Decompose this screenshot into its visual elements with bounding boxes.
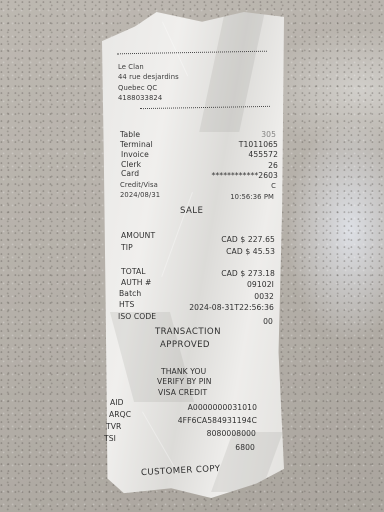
message-visa-credit: VISA CREDIT xyxy=(158,389,207,397)
arqc-value: 4FF6CA584931194C xyxy=(178,417,257,425)
field-value-clerk: 26 xyxy=(268,162,278,170)
iso-code-label: ISO CODE xyxy=(118,313,156,321)
batch-label: Batch xyxy=(119,290,141,298)
field-label-table: Table xyxy=(120,131,140,139)
tip-label: TIP xyxy=(121,244,133,252)
tsi-label: TSI xyxy=(104,435,116,443)
transaction-date: 2024/08/31 xyxy=(120,192,160,199)
hts-label: HTS xyxy=(119,301,134,309)
field-value-terminal: T1011065 xyxy=(239,141,278,149)
status-line-1: TRANSACTION xyxy=(155,328,221,337)
tvr-value: 8080008000 xyxy=(207,430,256,438)
amount-label: AMOUNT xyxy=(121,232,155,240)
field-label-card: Card xyxy=(121,170,139,178)
batch-value: 0032 xyxy=(254,293,274,301)
auth-label: AUTH # xyxy=(121,279,151,287)
aid-label: AID xyxy=(110,399,124,407)
field-value-invoice: 455572 xyxy=(248,151,278,159)
tvr-label: TVR xyxy=(106,423,121,431)
hts-value: 2024-08-31T22:56:36 xyxy=(189,304,274,312)
merchant-address-line2: Quebec QC xyxy=(118,85,157,92)
field-label-clerk: Clerk xyxy=(121,161,141,169)
transaction-time: 10:56:36 PM xyxy=(230,194,274,201)
status-line-2: APPROVED xyxy=(160,341,210,350)
field-value-table: 305 xyxy=(261,131,276,139)
auth-value: 09102I xyxy=(247,281,274,289)
tsi-value: 6800 xyxy=(235,444,255,452)
field-label-invoice: Invoice xyxy=(121,151,149,159)
field-value-card: ************2603 xyxy=(212,172,279,180)
field-label-terminal: Terminal xyxy=(120,141,153,149)
merchant-name: Le Clan xyxy=(118,64,144,71)
crease-line xyxy=(162,22,188,77)
total-value: CAD $ 273.18 xyxy=(221,270,275,278)
arqc-label: ARQC xyxy=(109,411,131,419)
crease-shadow xyxy=(211,432,283,492)
amount-value: CAD $ 227.65 xyxy=(221,236,275,244)
total-label: TOTAL xyxy=(121,268,146,276)
aid-value: A0000000031010 xyxy=(188,404,257,412)
crease-line xyxy=(161,192,193,277)
crease-shadow xyxy=(199,12,265,132)
transaction-type: SALE xyxy=(180,207,203,216)
field-label-card-type: Credit/Visa xyxy=(120,182,158,189)
merchant-address-line1: 44 rue desjardins xyxy=(118,74,179,81)
iso-code-value: 00 xyxy=(263,318,273,326)
crease-line xyxy=(142,412,178,473)
tip-value: CAD $ 45.53 xyxy=(226,248,275,256)
field-value-card-type: C xyxy=(271,183,276,190)
message-thank-you: THANK YOU xyxy=(161,368,206,376)
message-verify-by-pin: VERIFY BY PIN xyxy=(157,378,212,386)
merchant-phone: 4188033824 xyxy=(118,95,162,102)
